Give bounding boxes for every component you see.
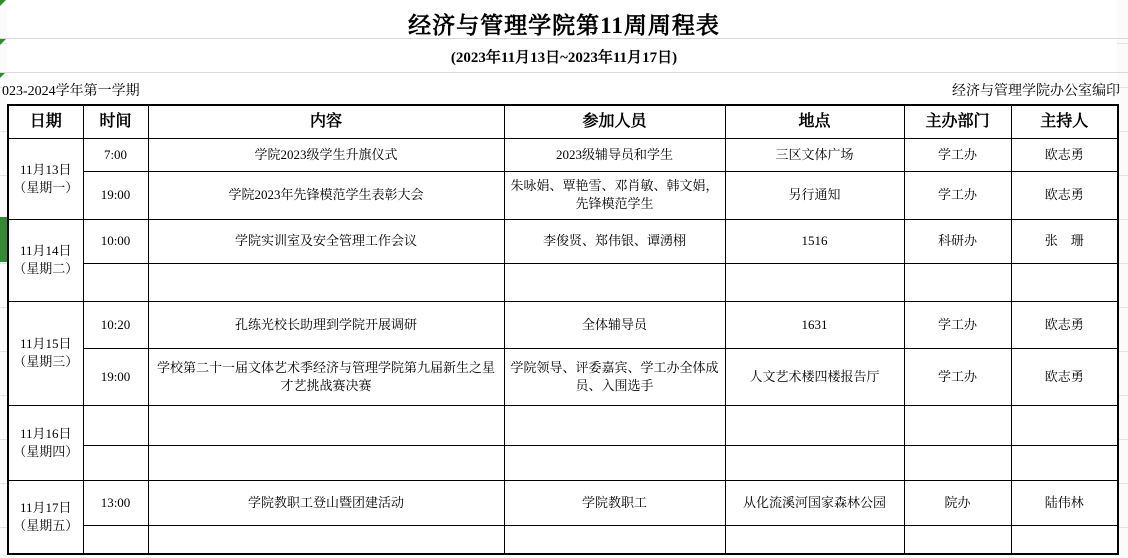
department-cell — [904, 445, 1011, 480]
header-time: 时间 — [83, 105, 148, 138]
department-cell: 学工办 — [904, 171, 1011, 219]
date-cell: 11月15日 （星期三） — [8, 301, 83, 405]
participants-cell — [504, 405, 725, 445]
gridline — [0, 72, 1128, 73]
semester-label: 023-2024学年第一学期 — [2, 80, 140, 100]
date-cell: 11月14日 （星期二） — [8, 219, 83, 301]
time-cell: 10:20 — [83, 301, 148, 348]
time-cell — [83, 525, 148, 554]
location-cell: 1631 — [725, 301, 904, 348]
department-cell — [904, 525, 1011, 554]
publisher-label: 经济与管理学院办公室编印 — [952, 80, 1120, 100]
department-cell: 科研办 — [904, 219, 1011, 263]
header-location: 地点 — [725, 105, 904, 138]
table-row — [8, 525, 1118, 554]
participants-cell: 学院教职工 — [504, 480, 725, 525]
schedule-table: 日期 时间 内容 参加人员 地点 主办部门 主持人 11月13日 （星期一） 7… — [7, 104, 1119, 555]
host-cell: 陆伟林 — [1011, 480, 1118, 525]
content-cell: 学院2023级学生升旗仪式 — [148, 138, 504, 171]
host-cell: 张 珊 — [1011, 219, 1118, 263]
location-cell: 1516 — [725, 219, 904, 263]
participants-cell: 2023级辅导员和学生 — [504, 138, 725, 171]
department-cell: 院办 — [904, 480, 1011, 525]
participants-cell: 朱咏娟、覃艳雪、邓肖敏、韩文娟，先锋模范学生 — [504, 171, 725, 219]
location-cell — [725, 525, 904, 554]
participants-cell: 全体辅导员 — [504, 301, 725, 348]
header-department: 主办部门 — [904, 105, 1011, 138]
table-row: 11月16日 （星期四） — [8, 405, 1118, 445]
cell-indicator-icon — [0, 0, 6, 6]
content-cell — [148, 405, 504, 445]
table-row — [8, 445, 1118, 480]
content-cell: 孔练光校长助理到学院开展调研 — [148, 301, 504, 348]
header-row: 日期 时间 内容 参加人员 地点 主办部门 主持人 — [8, 105, 1118, 138]
location-cell — [725, 405, 904, 445]
department-cell: 学工办 — [904, 138, 1011, 171]
location-cell: 从化流溪河国家森林公园 — [725, 480, 904, 525]
table-row: 11月14日 （星期二） 10:00 学院实训室及安全管理工作会议 李俊贤、郑伟… — [8, 219, 1118, 263]
participants-cell — [504, 525, 725, 554]
date-label: 11月16日 — [12, 425, 80, 443]
weekday-label: （星期二） — [12, 260, 80, 278]
location-cell — [725, 445, 904, 480]
content-cell: 学院2023年先锋模范学生表彰大会 — [148, 171, 504, 219]
content-cell — [148, 263, 504, 301]
weekday-label: （星期一） — [12, 179, 80, 197]
header-host: 主持人 — [1011, 105, 1118, 138]
location-cell: 另行通知 — [725, 171, 904, 219]
green-filled-cell — [0, 217, 7, 262]
department-cell — [904, 405, 1011, 445]
time-cell: 19:00 — [83, 171, 148, 219]
content-cell: 学院实训室及安全管理工作会议 — [148, 219, 504, 263]
location-cell: 人文艺术楼四楼报告厅 — [725, 348, 904, 405]
time-cell — [83, 445, 148, 480]
time-cell: 19:00 — [83, 348, 148, 405]
date-cell: 11月16日 （星期四） — [8, 405, 83, 480]
host-cell: 欧志勇 — [1011, 301, 1118, 348]
date-label: 11月15日 — [12, 335, 80, 353]
header-date: 日期 — [8, 105, 83, 138]
content-cell — [148, 445, 504, 480]
weekday-label: （星期四） — [12, 443, 80, 461]
participants-cell — [504, 445, 725, 480]
date-cell: 11月17日 （星期五） — [8, 480, 83, 554]
content-cell: 学院教职工登山暨团建活动 — [148, 480, 504, 525]
table-row: 11月15日 （星期三） 10:20 孔练光校长助理到学院开展调研 全体辅导员 … — [8, 301, 1118, 348]
host-cell — [1011, 445, 1118, 480]
header-content: 内容 — [148, 105, 504, 138]
time-cell: 7:00 — [83, 138, 148, 171]
participants-cell — [504, 263, 725, 301]
location-cell — [725, 263, 904, 301]
spreadsheet-page: 经济与管理学院第11周周程表 (2023年11月13日~2023年11月17日)… — [0, 0, 1128, 558]
header-participants: 参加人员 — [504, 105, 725, 138]
date-cell: 11月13日 （星期一） — [8, 138, 83, 219]
time-cell — [83, 405, 148, 445]
date-label: 11月14日 — [12, 242, 80, 260]
table-row: 19:00 学校第二十一届文体艺术季经济与管理学院第九届新生之星才艺挑战赛决赛 … — [8, 348, 1118, 405]
weekday-label: （星期三） — [12, 353, 80, 371]
time-cell: 10:00 — [83, 219, 148, 263]
host-cell: 欧志勇 — [1011, 138, 1118, 171]
date-label: 11月17日 — [12, 499, 80, 517]
table-row: 11月17日 （星期五） 13:00 学院教职工登山暨团建活动 学院教职工 从化… — [8, 480, 1118, 525]
host-cell: 欧志勇 — [1011, 171, 1118, 219]
content-cell — [148, 525, 504, 554]
table-row — [8, 263, 1118, 301]
host-cell — [1011, 263, 1118, 301]
department-cell — [904, 263, 1011, 301]
participants-cell: 学院领导、评委嘉宾、学工办全体成员、入围选手 — [504, 348, 725, 405]
content-cell: 学校第二十一届文体艺术季经济与管理学院第九届新生之星才艺挑战赛决赛 — [148, 348, 504, 405]
host-cell — [1011, 525, 1118, 554]
host-cell: 欧志勇 — [1011, 348, 1118, 405]
time-cell — [83, 263, 148, 301]
time-cell: 13:00 — [83, 480, 148, 525]
department-cell: 学工办 — [904, 348, 1011, 405]
table-row: 19:00 学院2023年先锋模范学生表彰大会 朱咏娟、覃艳雪、邓肖敏、韩文娟，… — [8, 171, 1118, 219]
date-label: 11月13日 — [12, 161, 80, 179]
location-cell: 三区文体广场 — [725, 138, 904, 171]
participants-cell: 李俊贤、郑伟银、谭湧栩 — [504, 219, 725, 263]
host-cell — [1011, 405, 1118, 445]
page-title: 经济与管理学院第11周周程表 — [0, 7, 1128, 40]
page-subtitle: (2023年11月13日~2023年11月17日) — [0, 46, 1128, 67]
department-cell: 学工办 — [904, 301, 1011, 348]
weekday-label: （星期五） — [12, 517, 80, 535]
table-row: 11月13日 （星期一） 7:00 学院2023级学生升旗仪式 2023级辅导员… — [8, 138, 1118, 171]
